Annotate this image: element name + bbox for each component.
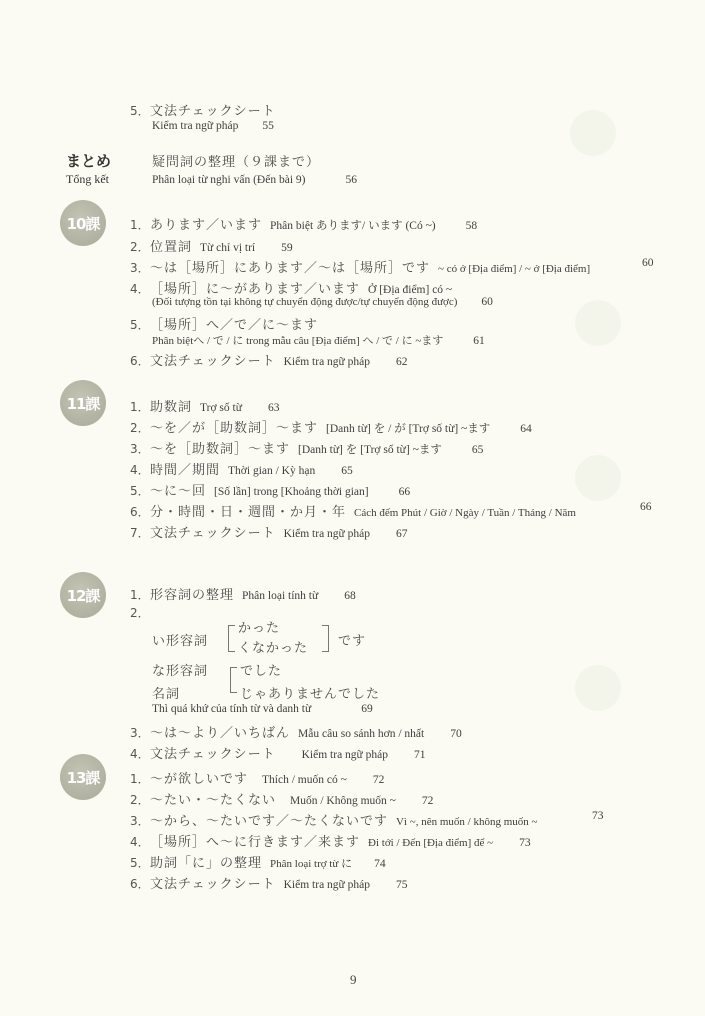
toc-item: 2． ～たい・～たくない Muốn / Không muốn ~ 72 (130, 789, 433, 808)
toc-item: 5． ［場所］へ／で／に～ます (130, 314, 318, 333)
bleed-through-circle (575, 300, 621, 346)
page-number: 9 (350, 972, 357, 988)
toc-item: 3． ～から、～たいです／～たくないです Vì ~, nên muốn / kh… (130, 810, 537, 829)
bleed-through-circle (575, 665, 621, 711)
lesson-badge-11: 11課 (60, 380, 106, 426)
toc-item: 3． ～は［場所］にあります／～は［場所］です ~ có ở [Địa điểm… (130, 257, 590, 276)
lesson-badge-12: 12課 (60, 572, 106, 618)
toc-item: 3． ～は～より／いちばん Mẫu câu so sánh hơn / nhất… (130, 722, 462, 741)
bracket-left (230, 667, 237, 693)
toc-item: 2． 位置詞 Từ chỉ vị trí 59 (130, 236, 293, 255)
toc-item: 5． 助詞「に」の整理 Phân loại trợ từ に 74 (130, 852, 386, 871)
toc-item: 4． ［場所］に～があります／います Ở [Địa điểm] có ~ (130, 278, 452, 297)
toc-item: 1． ～が欲しいです Thích / muốn có ~ 72 (130, 768, 384, 787)
summary-translation: Tổng kết Phân loại từ nghi vấn (Đến bài … (66, 172, 357, 187)
toc-item: 4． ［場所］へ～に行きます／来ます Đi tới / Đến [Địa điể… (130, 831, 531, 850)
toc-item-translation: Kiểm tra ngữ pháp 55 (152, 120, 274, 132)
toc-item: 1． 形容詞の整理 Phân loại tính từ 68 (130, 584, 356, 603)
toc-item-translation: Thì quá khứ của tính từ và danh từ 69 (152, 703, 373, 715)
toc-item: 5． 文法チェックシート (130, 100, 276, 119)
toc-item: 6． 分・時間・日・週間・か月・年 Cách đếm Phút / Giờ / … (130, 501, 576, 520)
bracket-left (228, 625, 235, 652)
toc-item-translation: (Đối tượng tồn tại không tự chuyển động … (152, 296, 493, 308)
toc-item: 1． 助数詞 Trợ số từ 63 (130, 396, 279, 415)
toc-item: 4． 時間／期間 Thời gian / Kỳ hạn 65 (130, 459, 353, 478)
lesson-badge-10: 10課 (60, 200, 106, 246)
toc-item: 5． ～に～回 [Số lần] trong [Khoảng thời gian… (130, 480, 410, 499)
toc-item: 6． 文法チェックシート Kiểm tra ngữ pháp 75 (130, 873, 408, 892)
toc-item: 4． 文法チェックシート Kiểm tra ngữ pháp 71 (130, 743, 426, 762)
toc-item: 2． (130, 604, 150, 621)
bleed-through-circle (575, 455, 621, 501)
toc-item: 7． 文法チェックシート Kiểm tra ngữ pháp 67 (130, 522, 408, 541)
toc-item: 1． あります／います Phân biệt あります/ います (Có ~) 5… (130, 214, 477, 233)
lesson-badge-13: 13課 (60, 754, 106, 800)
bracket-right (322, 625, 329, 652)
toc-item: 6． 文法チェックシート Kiểm tra ngữ pháp 62 (130, 350, 408, 369)
bleed-through-circle (570, 110, 616, 156)
toc-item: 2． ～を／が［助数詞］～ます [Danh từ] を / が [Trợ số … (130, 417, 532, 436)
summary-heading: まとめ 疑問詞の整理（９課まで） (66, 150, 320, 171)
toc-item: 3． ～を［助数詞］～ます [Danh từ] を [Trợ số từ] ~ま… (130, 438, 483, 457)
toc-item-translation: Phân biệtへ / で / に trong mẫu câu [Địa đi… (152, 332, 485, 348)
